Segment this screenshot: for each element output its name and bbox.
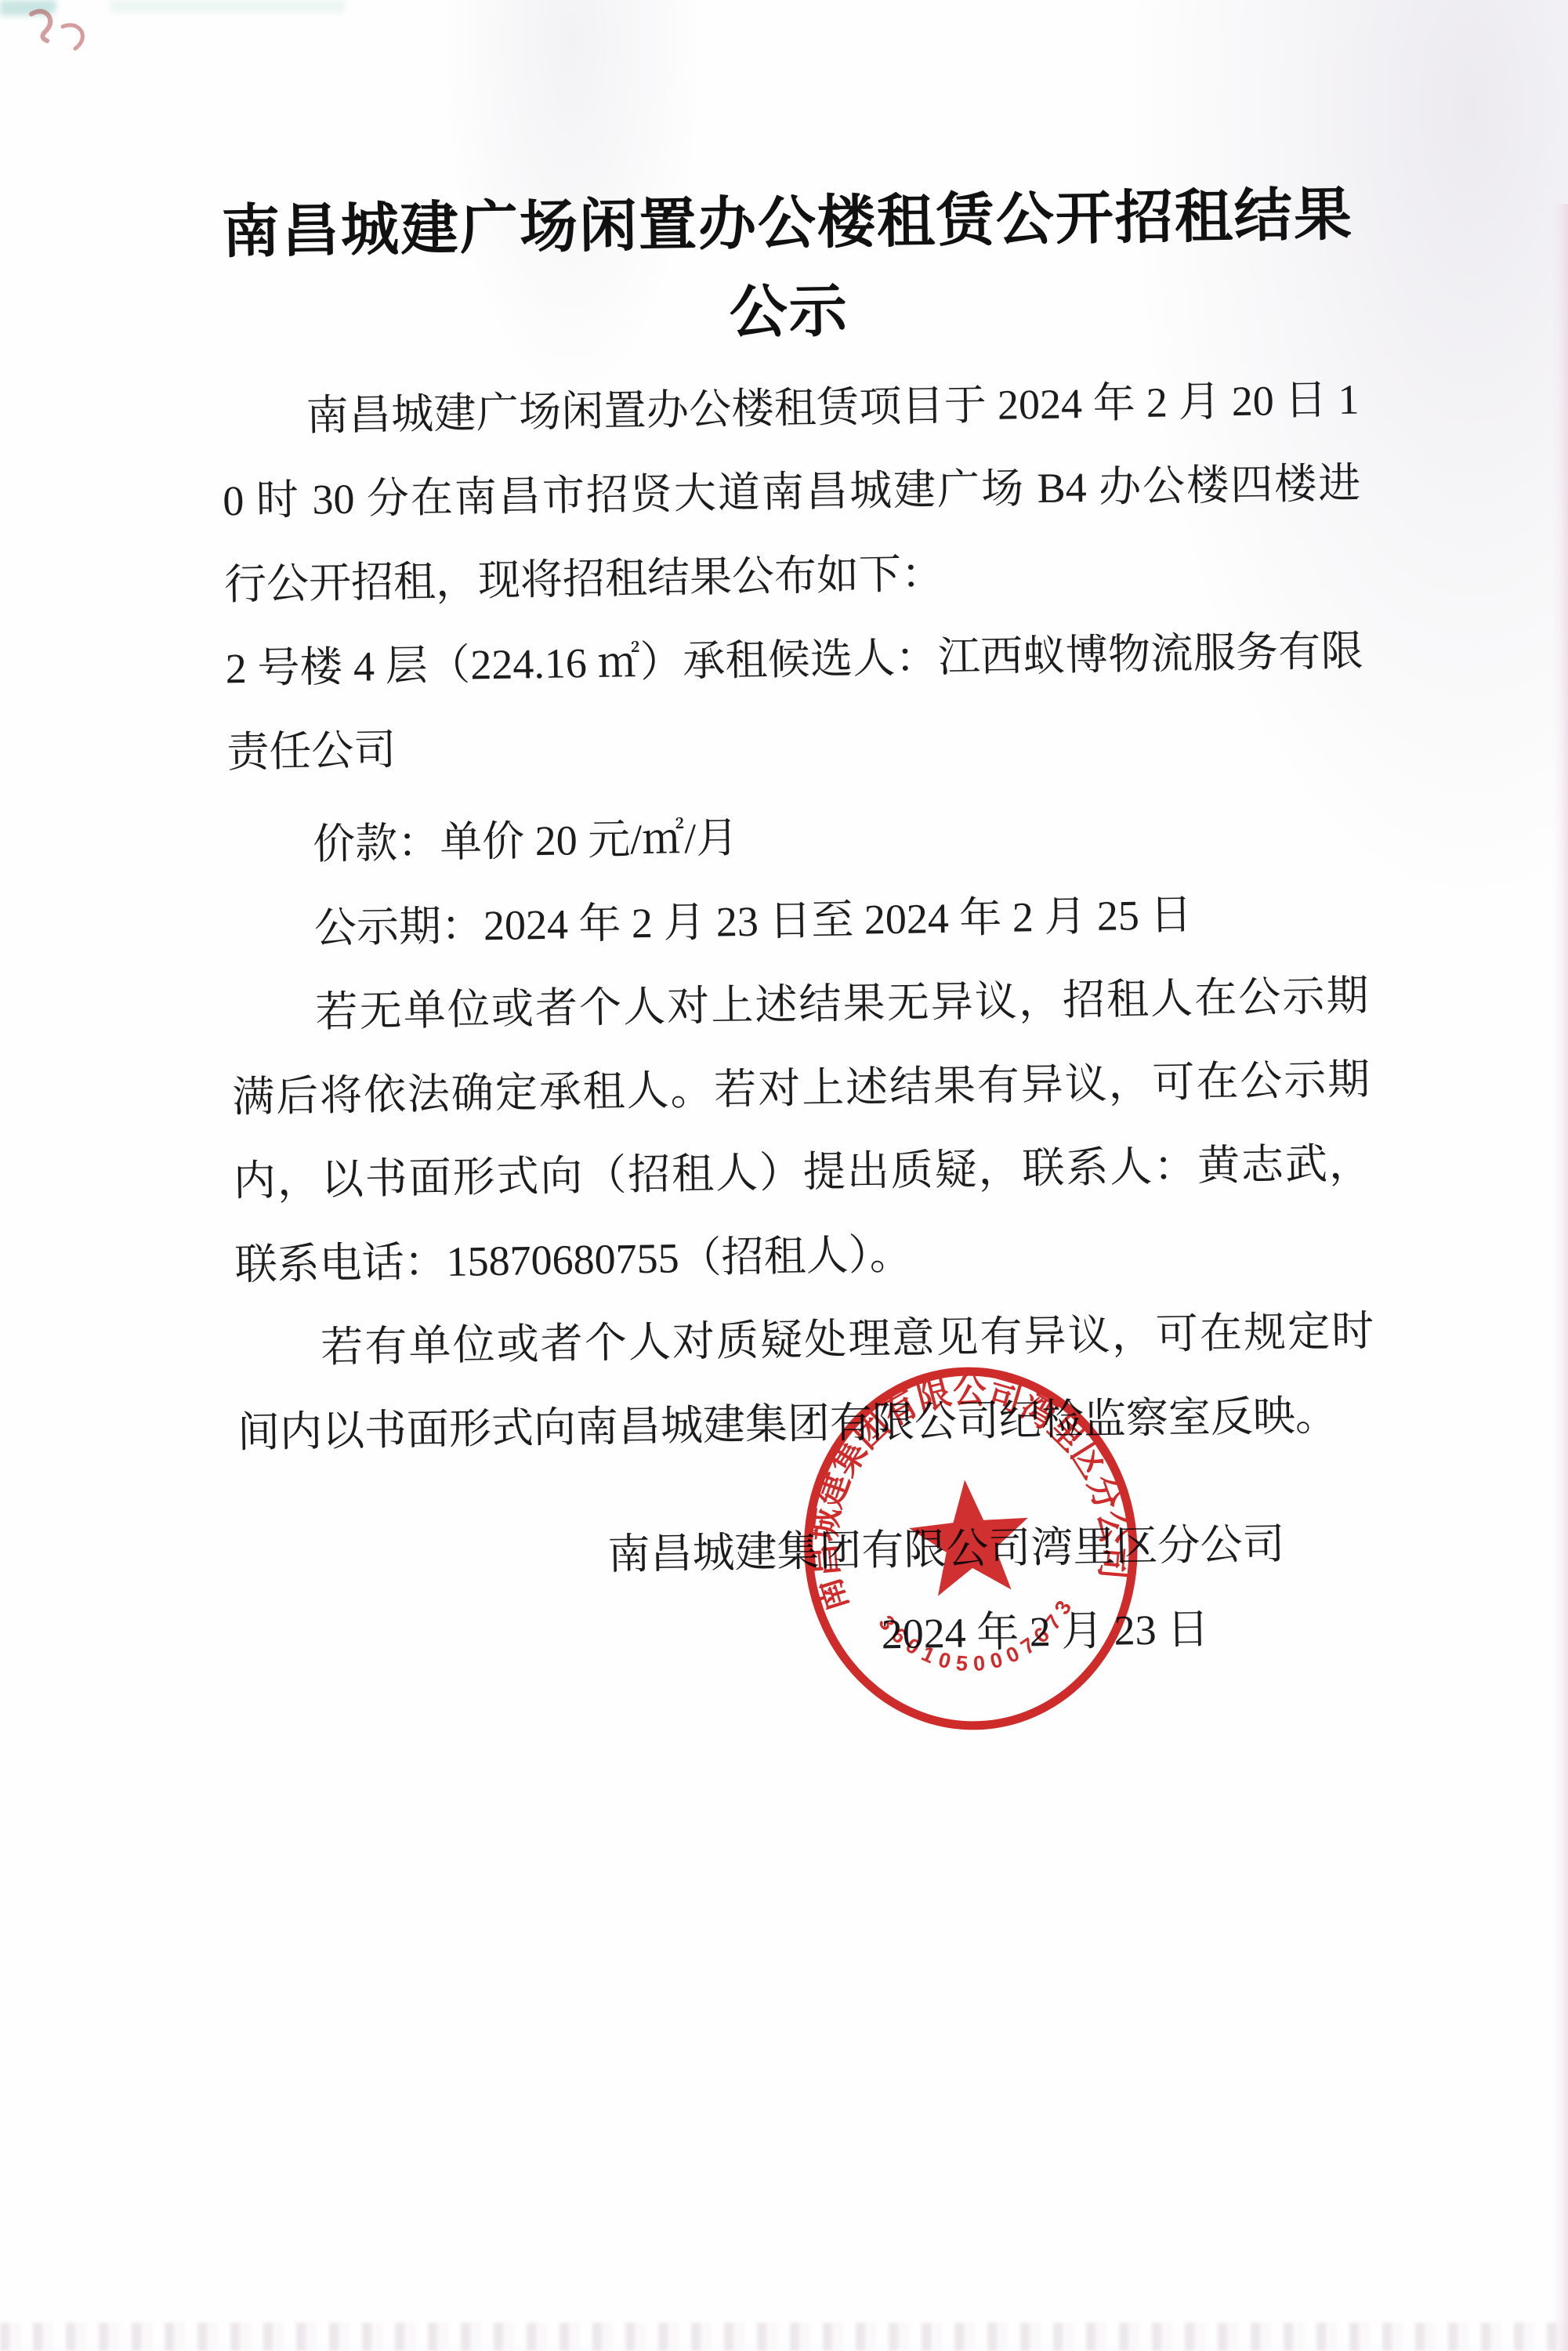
scanned-notice-page: 南昌城建广场闲置办公楼租赁公开招租结果公示 南昌城建广场闲置办公楼租赁项目于 2… (0, 0, 1568, 2351)
official-seal: 南昌城建集团有限公司湾里区分公司 3601050007673 (782, 1348, 1160, 1753)
red-star-icon (905, 1475, 1034, 1598)
seal-code-wrap: 3601050007673 (873, 1595, 1081, 1684)
seal-code: 3601050007673 (873, 1595, 1081, 1684)
scan-artifact-teal-corner (0, 0, 56, 16)
scan-artifact-bottom-edge (0, 2323, 1568, 2351)
pen-scribble-marks (22, 3, 108, 78)
notice-title: 南昌城建广场闲置办公楼租赁公开招租结果公示 (218, 170, 1358, 365)
scan-artifact-right-edge (1552, 204, 1568, 2351)
intro-paragraph: 南昌城建广场闲置办公楼租赁项目于 2024 年 2 月 20 日 10 时 30… (221, 358, 1363, 628)
lot-result-line: 2 号楼 4 层（224.16 ㎡）承租候选人：江西蚁博物流服务有限责任公司 (225, 610, 1365, 795)
objection-paragraph: 若无单位或者个人对上述结果无异议，招租人在公示期满后将依法确定承租人。若对上述结… (230, 954, 1374, 1307)
scan-artifact-top-edge (110, 0, 345, 13)
